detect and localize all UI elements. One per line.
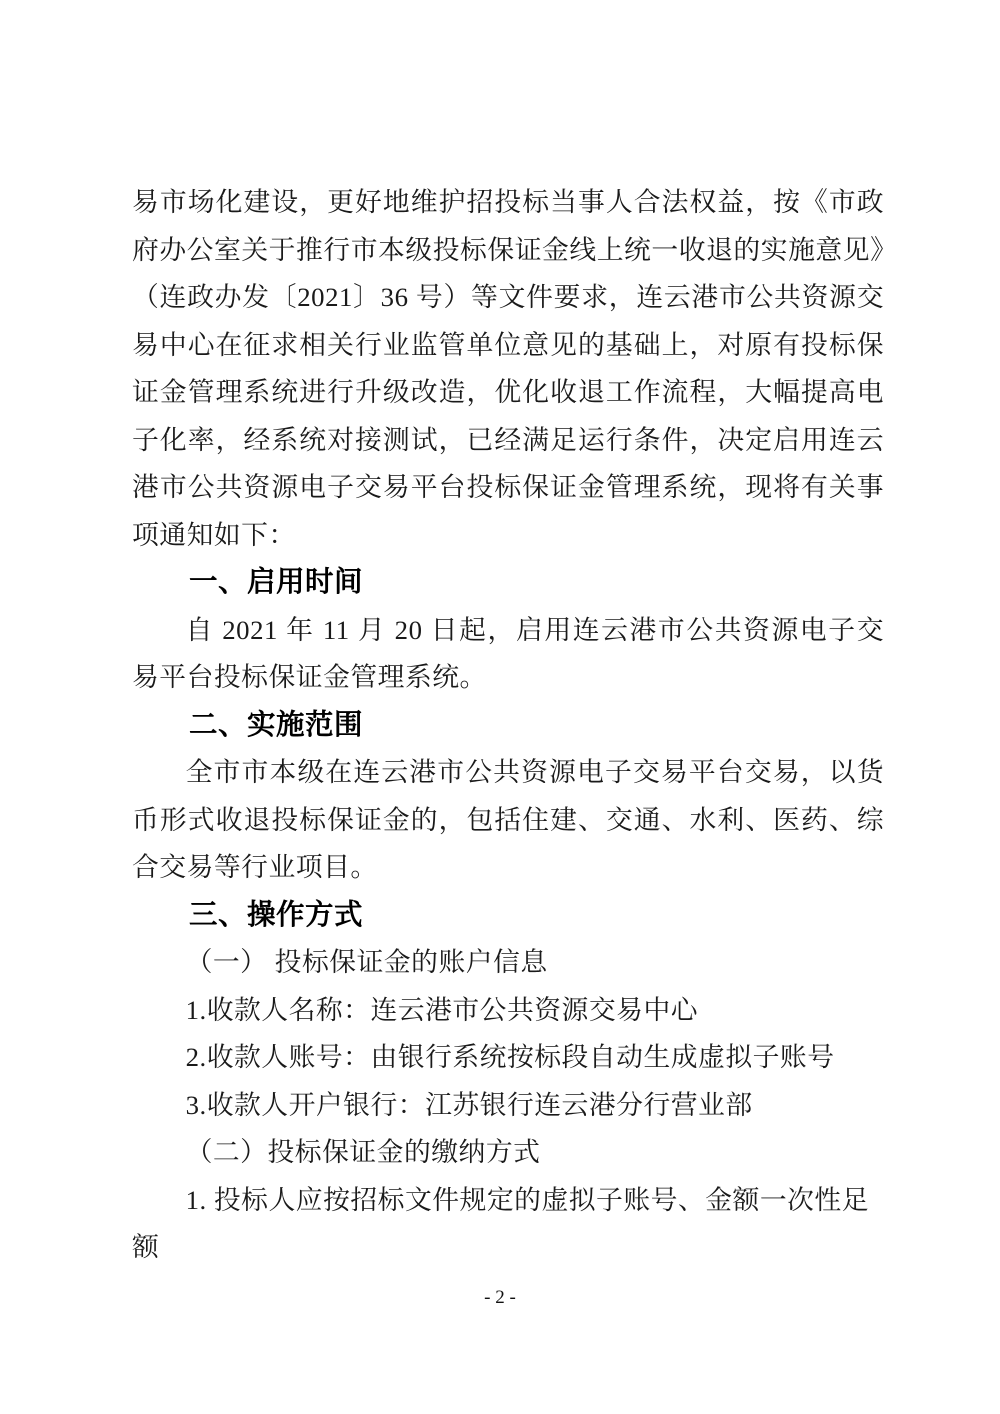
subsection-heading-payment-method: （二）投标保证金的缴纳方式 [132, 1129, 884, 1177]
page-number: - 2 - [484, 1287, 516, 1308]
section-heading-1: 一、启用时间 [132, 559, 884, 607]
section-heading-2: 二、实施范围 [132, 702, 884, 750]
list-item-payment-rule: 1. 投标人应按招标文件规定的虚拟子账号、金额一次性足额 [132, 1177, 884, 1272]
list-item-payee-account: 2.收款人账号：由银行系统按标段自动生成虚拟子账号 [132, 1034, 884, 1082]
subsection-heading-account-info: （一） 投标保证金的账户信息 [132, 939, 884, 987]
paragraph-scope: 全市市本级在连云港市公共资源电子交易平台交易，以货币形式收退投标保证金的，包括住… [132, 749, 884, 892]
list-item-payee-bank: 3.收款人开户银行：江苏银行连云港分行营业部 [132, 1082, 884, 1130]
list-item-payee-name: 1.收款人名称：连云港市公共资源交易中心 [132, 987, 884, 1035]
paragraph-intro-continuation: 易市场化建设，更好地维护招投标当事人合法权益，按《市政府办公室关于推行市本级投标… [132, 179, 884, 559]
paragraph-start-time: 自 2021 年 11 月 20 日起，启用连云港市公共资源电子交易平台投标保证… [132, 607, 884, 702]
page-footer: - 2 - [0, 1286, 1000, 1310]
document-body: 易市场化建设，更好地维护招投标当事人合法权益，按《市政府办公室关于推行市本级投标… [132, 179, 884, 1272]
section-heading-3: 三、操作方式 [132, 892, 884, 940]
